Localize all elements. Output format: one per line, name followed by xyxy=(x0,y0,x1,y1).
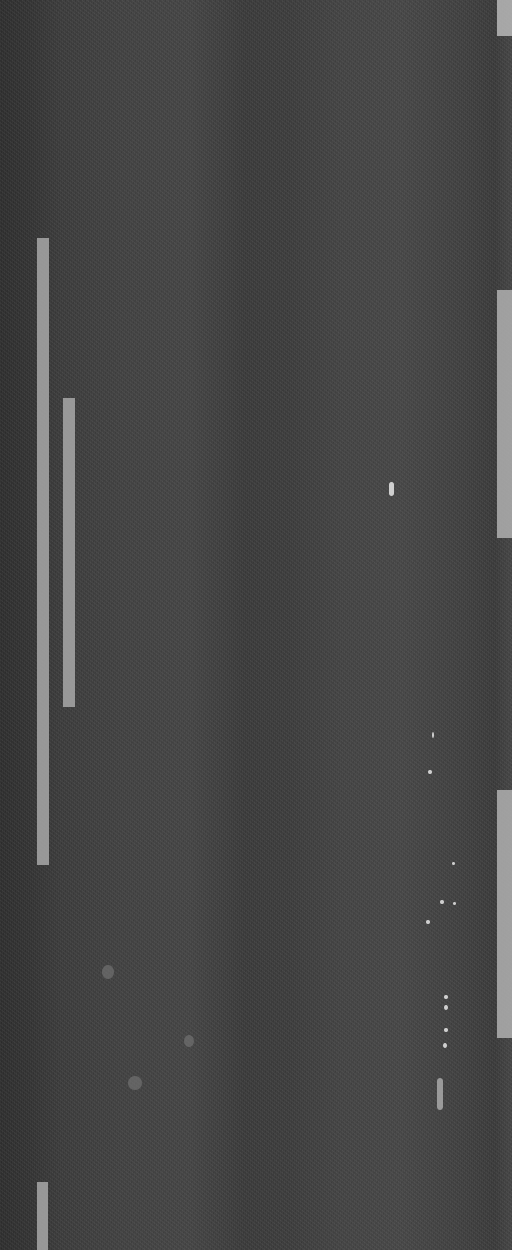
debris-spot xyxy=(452,862,455,865)
right-dash-1 xyxy=(497,0,512,36)
right-dash-3 xyxy=(497,790,512,1038)
left-inner-line xyxy=(63,398,75,707)
debris-spot xyxy=(444,1005,448,1010)
debris-spot xyxy=(453,902,456,905)
left-edge-line xyxy=(37,238,49,865)
debris-spot xyxy=(444,995,448,999)
stain xyxy=(128,1076,142,1090)
debris-spot xyxy=(443,1043,447,1048)
asphalt-texture xyxy=(0,0,512,1250)
right-dash-2 xyxy=(497,290,512,538)
left-bottom-dash xyxy=(37,1182,48,1250)
stain xyxy=(184,1035,194,1047)
debris-spot xyxy=(428,770,432,774)
debris-spot xyxy=(426,920,430,924)
debris-spot xyxy=(440,900,444,904)
debris-spot xyxy=(444,1028,448,1032)
debris-spot xyxy=(432,732,434,738)
debris-streak xyxy=(437,1078,443,1110)
debris-spot xyxy=(389,482,394,496)
stain xyxy=(102,965,114,979)
road-surface xyxy=(0,0,512,1250)
